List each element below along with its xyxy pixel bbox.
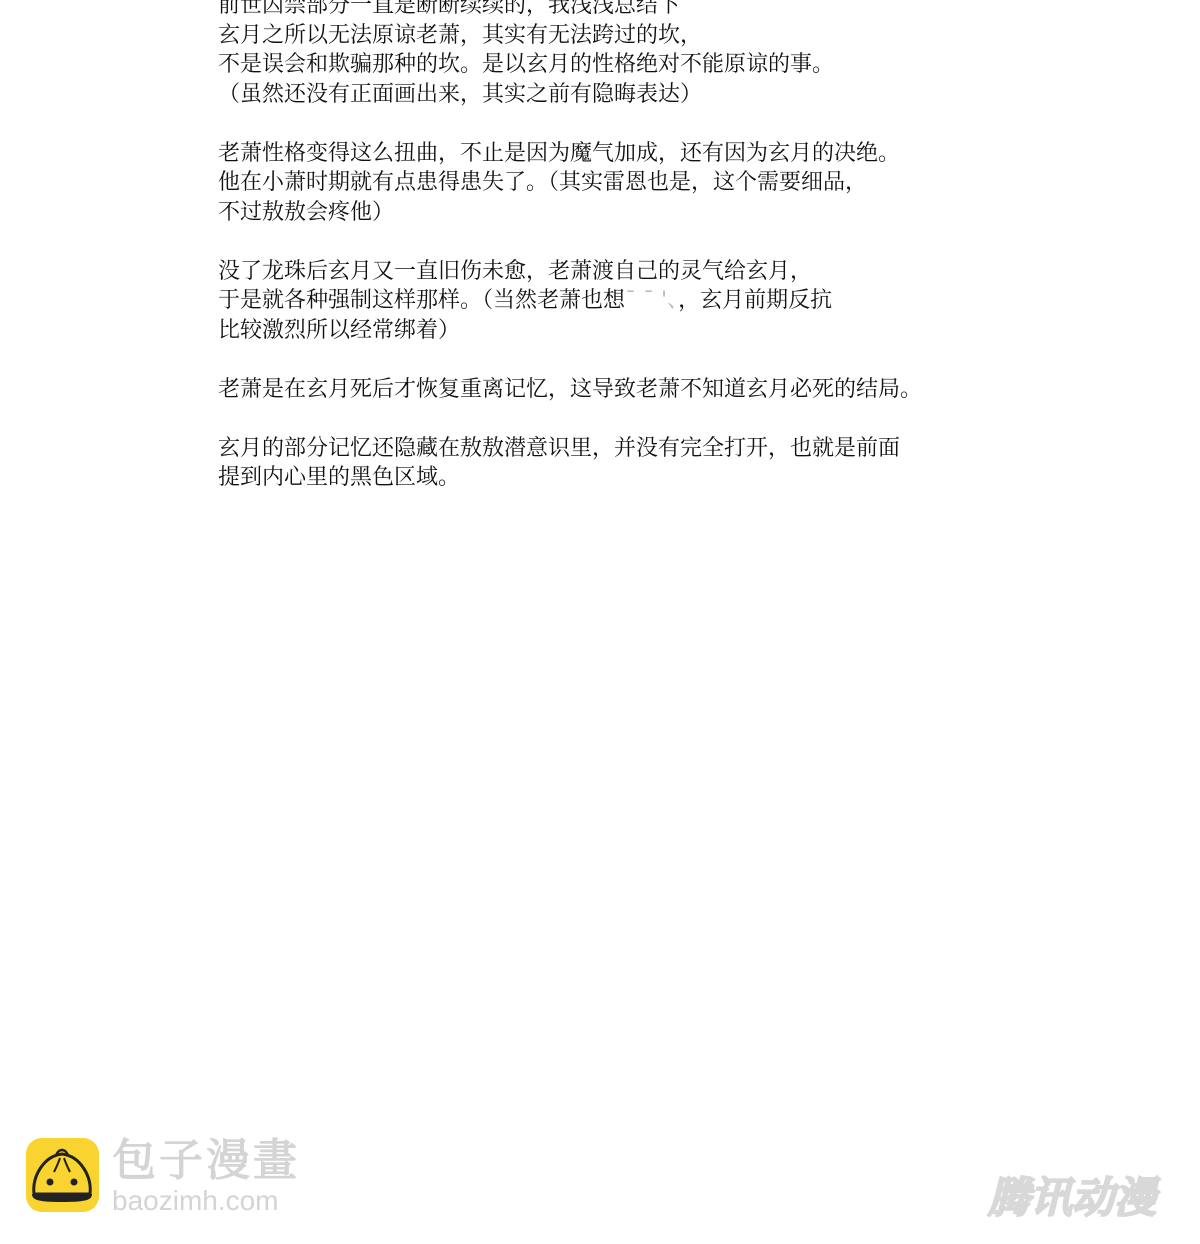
bun-mascot-icon xyxy=(26,1138,99,1212)
note-line: 没了龙珠后玄月又一直旧伤未愈，老萧渡自己的灵气给玄月， xyxy=(218,257,1118,287)
note-line: （虽然还没有正面画出来，其实之前有隐晦表达） xyxy=(218,80,1118,110)
note-line-text: ，玄月前期反抗 xyxy=(678,288,832,313)
note-line: 比较激烈所以经常绑着） xyxy=(218,316,1118,346)
note-line: 他在小萧时期就有点患得患失了。（其实雷恩也是，这个需要细品， xyxy=(218,168,1118,198)
note-paragraph: 老萧是在玄月死后才恢复重离记忆，这导致老萧不知道玄月必死的结局。 xyxy=(218,375,1118,405)
note-line: 于是就各种强制这样那样。（当然老萧也想¯ ¯ '、，玄月前期反抗 xyxy=(218,286,1118,316)
tencent-comic-watermark: 腾讯动漫 xyxy=(988,1170,1188,1226)
note-line: 老萧性格变得这么扭曲，不止是因为魔气加成，还有因为玄月的决绝。 xyxy=(218,139,1118,169)
note-paragraph: 前世囚禁部分一直是断断续续的，我浅浅总结下 玄月之所以无法原谅老萧，其实有无法跨… xyxy=(218,0,1118,109)
note-line: 不过敖敖会疼他） xyxy=(218,198,1118,228)
note-line: 玄月之所以无法原谅老萧，其实有无法跨过的坎， xyxy=(218,21,1118,51)
note-line: 前世囚禁部分一直是断断续续的，我浅浅总结下 xyxy=(218,0,1118,21)
site-name: 包子漫畫 xyxy=(112,1136,300,1186)
note-line-text: 于是就各种强制这样那样。（当然老萧也想 xyxy=(218,288,625,313)
note-paragraph: 没了龙珠后玄月又一直旧伤未愈，老萧渡自己的灵气给玄月， 于是就各种强制这样那样。… xyxy=(218,257,1118,346)
baozi-watermark: 包子漫畫 baozimh.com xyxy=(26,1138,326,1218)
note-paragraph: 玄月的部分记忆还隐藏在敖敖潜意识里，并没有完全打开，也就是前面 提到内心里的黑色… xyxy=(218,434,1118,493)
site-url: baozimh.com xyxy=(112,1186,279,1216)
note-line: 提到内心里的黑色区域。 xyxy=(218,463,1118,493)
note-line: 老萧是在玄月死后才恢复重离记忆，这导致老萧不知道玄月必死的结局。 xyxy=(218,375,1118,405)
note-paragraph: 老萧性格变得这么扭曲，不止是因为魔气加成，还有因为玄月的决绝。 他在小萧时期就有… xyxy=(218,139,1118,228)
author-notes: 前世囚禁部分一直是断断续续的，我浅浅总结下 玄月之所以无法原谅老萧，其实有无法跨… xyxy=(218,0,1118,493)
note-line: 玄月的部分记忆还隐藏在敖敖潜意识里，并没有完全打开，也就是前面 xyxy=(218,434,1118,464)
smudged-text: ¯ ¯ '、 xyxy=(625,288,678,313)
note-line: 不是误会和欺骗那种的坎。是以玄月的性格绝对不能原谅的事。 xyxy=(218,50,1118,80)
